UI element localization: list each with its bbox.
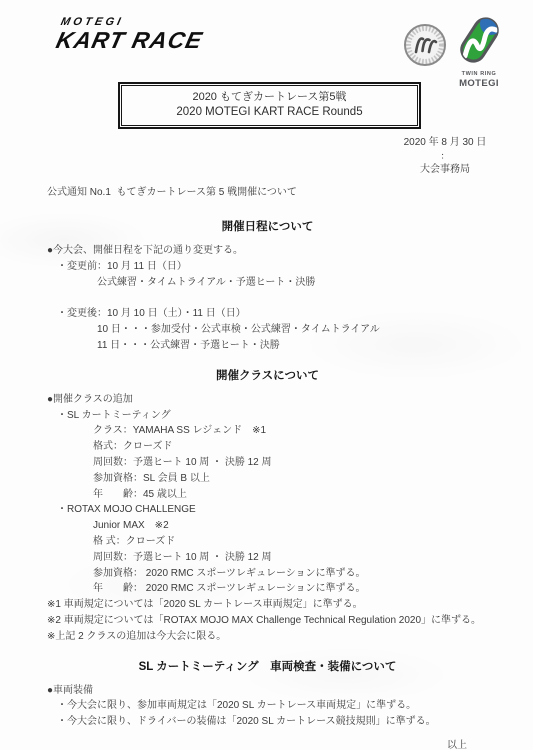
event-title-box: 2020 もてぎカートレース第5戦 2020 MOTEGI KART RACE …: [118, 82, 421, 129]
twinring-motegi-logo: TWIN RING MOTEGI: [450, 15, 508, 88]
document-page: MOTEGI KART RACE TWIN RING MOTEGI: [0, 0, 533, 750]
document-line: ・ROTAX MOJO CHALLENGE: [47, 502, 488, 518]
document-line: 公式練習・タイムトライアル・予選ヒート・決勝: [47, 275, 488, 291]
document-body: 開催日程について●今大会、開催日程を下記の通り変更する。・変更前：10 月 11…: [0, 205, 533, 750]
event-title-ja: 2020 もてぎカートレース第5戦: [128, 90, 411, 105]
brand-bottom-label: KART RACE: [54, 29, 205, 52]
document-line: ・今大会に限り、ドライバーの装備は「2020 SL カートレース競技規則」に準ず…: [47, 714, 488, 730]
event-title-inner: 2020 もてぎカートレース第5戦 2020 MOTEGI KART RACE …: [121, 85, 418, 126]
document-line: Junior MAX ※2: [47, 518, 488, 534]
document-line: ・今大会に限り、参加車両規定は「2020 SL カートレース車両規定」に準ずる。: [47, 698, 488, 714]
twinring-top-label: TWIN RING: [450, 72, 508, 78]
section-heading: 開催クラスについて: [47, 368, 488, 384]
event-title-en: 2020 MOTEGI KART RACE Round5: [128, 105, 411, 120]
document-line: ・変更前：10 月 11 日（日）: [47, 259, 488, 275]
document-line: 格式：クローズド: [47, 439, 488, 455]
document-line: 参加資格：SL 会員 B 以上: [47, 471, 488, 487]
document-line: 10 日・・・参加受付・公式車検・公式練習・タイムトライアル: [47, 322, 488, 338]
document-line: 格 式：クローズド: [47, 534, 488, 550]
document-line: 11 日・・・公式練習・予選ヒート・決勝: [47, 338, 488, 354]
document-line: ・変更後：10 月 10 日（土）・11 日（日）: [47, 306, 488, 322]
issuer-block: 2020 年 8 月 30 日 ： 大会事務局: [365, 136, 525, 177]
twinring-mark-icon: [453, 15, 505, 67]
document-line: 周回数：予選ヒート 10 周 ・ 決勝 12 周: [47, 550, 488, 566]
notice-line: 公式通知 No.1 もてぎカートレース第 5 戦開催について: [47, 183, 297, 198]
blank-line: [47, 290, 488, 306]
document-line: ●今大会、開催日程を下記の通り変更する。: [47, 243, 488, 259]
document-line: ●車両装備: [47, 683, 488, 699]
document-line: ※2 車両規定については「ROTAX MOJO MAX Challenge Te…: [47, 613, 488, 629]
twinring-bottom-label: MOTEGI: [450, 79, 508, 89]
document-line: ※1 車両規定については「2020 SL カートレース車両規定」に準ずる。: [47, 597, 488, 613]
issue-date: 2020 年 8 月 30 日: [365, 136, 525, 150]
section-heading: 開催日程について: [47, 219, 488, 235]
section-heading: SL カートミーティング 車両検査・装備について: [47, 659, 488, 675]
document-line: ※上記 2 クラスの追加は今大会に限る。: [47, 629, 488, 645]
document-line: 年 齢：45 歳以上: [47, 487, 488, 503]
document-line: 参加資格： 2020 RMC スポーツレギュレーションに準ずる。: [47, 566, 488, 582]
document-line: 年 齢： 2020 RMC スポーツレギュレーションに準ずる。: [47, 581, 488, 597]
document-line: ・SL カートミーティング: [47, 408, 488, 424]
document-line: 周回数：予選ヒート 10 周 ・ 決勝 12 周: [47, 455, 488, 471]
issuer-office: 大会事務局: [365, 163, 525, 177]
motegi-kart-race-logo: MOTEGI KART RACE: [54, 17, 208, 52]
document-line: ●開催クラスの追加: [47, 392, 488, 408]
footer-label: 以上: [47, 736, 467, 750]
jaf-badge-icon: [403, 23, 447, 67]
document-line: クラス：YAMAHA SS レジェンド ※1: [47, 423, 488, 439]
issuer-colon: ：: [365, 150, 525, 163]
